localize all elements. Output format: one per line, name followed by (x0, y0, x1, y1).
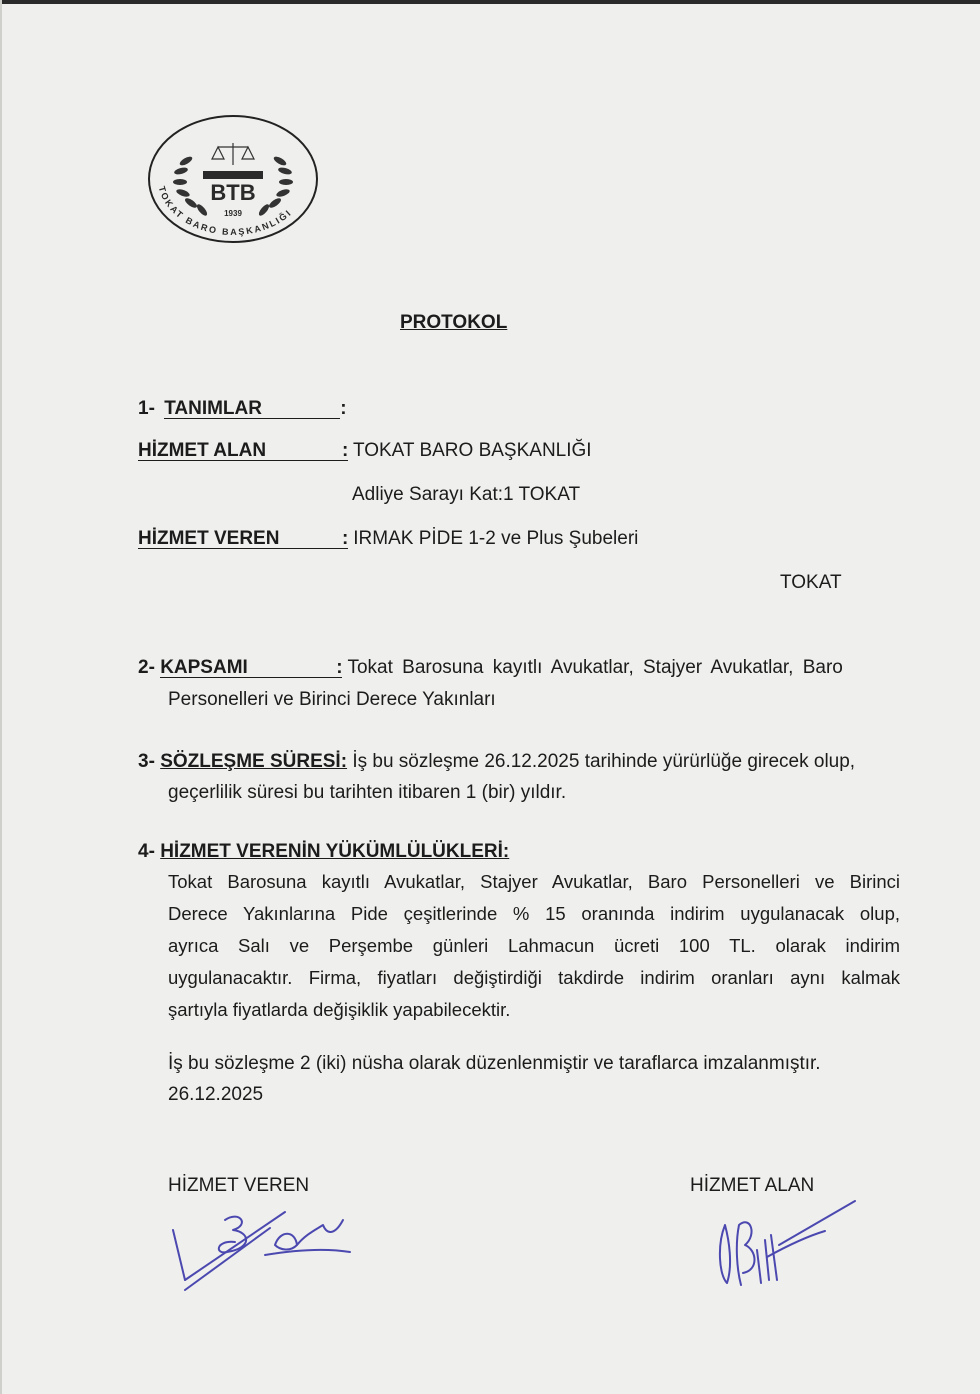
service-recipient-value: TOKAT BARO BAŞKANLIĞI (353, 440, 592, 461)
service-recipient-address: Adliye Sarayı Kat:1 TOKAT (352, 484, 580, 506)
section-obligations-heading: 4- HİZMET VERENİN YÜKÜMLÜLÜKLERİ: (138, 841, 509, 863)
scope-label: KAPSAMI (160, 658, 336, 678)
scan-left-edge (0, 0, 2, 1394)
document-title: PROTOKOL (400, 312, 507, 334)
recipient-signature-icon (705, 1195, 865, 1295)
obligations-text: Tokat Barosuna kayıtlı Avukatlar, Stajye… (168, 866, 900, 1026)
obligations-line: şartıyla fiyatlarda değişiklik yapabilec… (168, 994, 900, 1026)
definitions-label: TANIMLAR (164, 399, 340, 419)
obligations-line: ayrıca Salı ve Perşembe günleri Lahmacun… (168, 930, 900, 962)
section-duration: 3- SÖZLEŞME SÜRESİ: İş bu sözleşme 26.12… (138, 751, 855, 773)
section-number: 4- (138, 841, 155, 862)
service-provider-label: HİZMET VEREN (138, 529, 342, 549)
service-recipient-row: HİZMET ALAN: TOKAT BARO BAŞKANLIĞI (138, 440, 592, 462)
section-number: 1- (138, 398, 155, 419)
scope-text-line1: Tokat Barosuna kayıtlı Avukatlar, Stajye… (347, 657, 842, 678)
service-recipient-label: HİZMET ALAN (138, 441, 342, 461)
svg-text:BTB: BTB (210, 180, 255, 205)
colon: : (336, 658, 342, 678)
obligations-line: Tokat Barosuna kayıtlı Avukatlar, Stajye… (168, 866, 900, 898)
obligations-line: Derece Yakınlarına Pide çeşitlerinde % 1… (168, 898, 900, 930)
bar-association-seal-icon: BTB 1939 TOKAT BARO BAŞKANLIĞI (146, 113, 320, 246)
definitions-colon: : (340, 398, 346, 419)
closing-statement: İş bu sözleşme 2 (iki) nüsha olarak düze… (168, 1053, 821, 1075)
section-number: 3- (138, 751, 155, 772)
section-number: 2- (138, 657, 155, 678)
closing-date: 26.12.2025 (168, 1084, 263, 1106)
scan-top-border (0, 0, 980, 4)
obligations-line: uygulanacaktır. Firma, fiyatları değişti… (168, 962, 900, 994)
scope-text-line2: Personelleri ve Birinci Derece Yakınları (168, 689, 496, 711)
section-definitions-heading: 1- TANIMLAR: (138, 398, 347, 420)
service-provider-city: TOKAT (780, 572, 842, 594)
signature-label-provider: HİZMET VEREN (168, 1175, 309, 1197)
section-scope: 2- KAPSAMI: Tokat Barosuna kayıtlı Avuka… (138, 657, 900, 679)
duration-text-line1: İş bu sözleşme 26.12.2025 tarihinde yürü… (352, 751, 855, 772)
colon: : (342, 529, 348, 549)
obligations-label: HİZMET VERENİN YÜKÜMLÜLÜKLERİ: (160, 841, 509, 862)
signature-label-recipient: HİZMET ALAN (690, 1175, 814, 1197)
svg-text:1939: 1939 (224, 209, 242, 218)
duration-label: SÖZLEŞME SÜRESİ: (160, 751, 347, 772)
service-provider-value: IRMAK PİDE 1-2 ve Plus Şubeleri (353, 528, 638, 549)
provider-signature-icon (155, 1200, 375, 1300)
duration-text-line2: geçerlilik süresi bu tarihten itibaren 1… (168, 782, 566, 804)
colon: : (342, 441, 348, 461)
service-provider-row: HİZMET VEREN: IRMAK PİDE 1-2 ve Plus Şub… (138, 528, 638, 550)
